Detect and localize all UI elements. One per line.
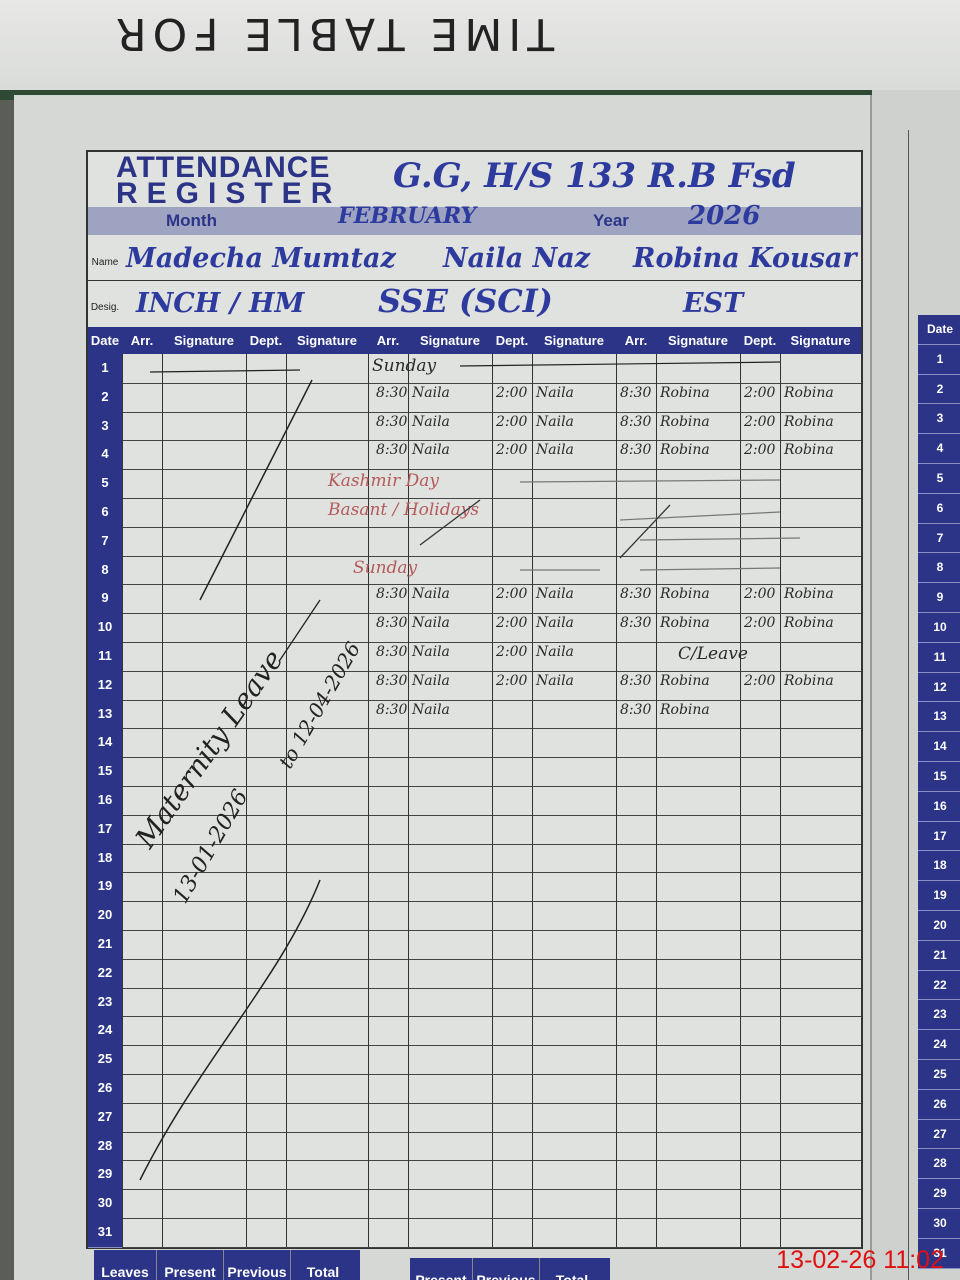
table-row: 18 bbox=[88, 844, 861, 874]
day-note: Sunday bbox=[353, 558, 417, 578]
day-note: Kashmir Day bbox=[328, 471, 439, 491]
date-cell: 31 bbox=[88, 1218, 122, 1248]
cell-n-sig2: Naila bbox=[536, 586, 574, 602]
table-row: 21 bbox=[88, 930, 861, 960]
cell-r-arr: 8:30 bbox=[620, 442, 651, 458]
name-row: Name Madecha Mumtaz Naila Naz Robina Kou… bbox=[88, 235, 861, 281]
staff-desig-1: INCH / HM bbox=[136, 288, 304, 319]
date-cell: 3 bbox=[88, 412, 122, 442]
cell-r-dep: 2:00 bbox=[744, 615, 775, 631]
table-row: 138:30Naila8:30Robina bbox=[88, 700, 861, 730]
date-cell: 26 bbox=[88, 1074, 122, 1104]
table-row: 22 bbox=[88, 959, 861, 989]
date-cell: 14 bbox=[88, 728, 122, 758]
cell-n-dep: 2:00 bbox=[496, 414, 527, 430]
table-row: 17 bbox=[88, 815, 861, 845]
date-cell: 13 bbox=[88, 700, 122, 730]
staff-name-1: Madecha Mumtaz bbox=[126, 243, 396, 274]
date-cell: 28 bbox=[88, 1132, 122, 1162]
date-cell: 10 bbox=[88, 613, 122, 643]
cell-r-sig: Robina bbox=[660, 385, 710, 401]
cell-r-dep: 2:00 bbox=[744, 673, 775, 689]
table-row: 108:30Naila2:00Naila8:30Robina2:00Robina bbox=[88, 613, 861, 643]
date-cell: 12 bbox=[88, 671, 122, 701]
school-name: G.G, H/S 133 R.B Fsd bbox=[393, 156, 796, 196]
cell-n-sig2: Naila bbox=[536, 644, 574, 660]
cell-r-sig2: Robina bbox=[784, 673, 834, 689]
cell-n-arr: 8:30 bbox=[376, 673, 407, 689]
cell-r-arr: 8:30 bbox=[620, 615, 651, 631]
year-value: 2026 bbox=[688, 201, 760, 231]
cell-n-sig2: Naila bbox=[536, 385, 574, 401]
cell-r-arr: 8:30 bbox=[620, 414, 651, 430]
table-row: 28:30Naila2:00Naila8:30Robina2:00Robina bbox=[88, 383, 861, 413]
cell-r-sig: Robina bbox=[660, 673, 710, 689]
cell-n-sig: Naila bbox=[412, 673, 450, 689]
staff-desig-3: EST bbox=[683, 288, 743, 319]
cell-n-sig: Naila bbox=[412, 702, 450, 718]
cell-r-dep: 2:00 bbox=[744, 414, 775, 430]
cell-r-arr: 8:30 bbox=[620, 673, 651, 689]
date-cell: 17 bbox=[88, 815, 122, 845]
date-cell: 27 bbox=[88, 1103, 122, 1133]
table-row: 7 bbox=[88, 527, 861, 557]
cell-n-arr: 8:30 bbox=[376, 586, 407, 602]
cell-n-sig: Naila bbox=[412, 385, 450, 401]
month-value: FEBRUARY bbox=[338, 203, 476, 229]
cell-r-sig2: Robina bbox=[784, 385, 834, 401]
cell-n-arr: 8:30 bbox=[376, 615, 407, 631]
table-row: 28 bbox=[88, 1132, 861, 1162]
upside-down-note: TIME TABLE FOR bbox=[110, 8, 554, 59]
table-row: 6Basant / Holidays bbox=[88, 498, 861, 528]
cell-r-dep: 2:00 bbox=[744, 586, 775, 602]
table-row: 38:30Naila2:00Naila8:30Robina2:00Robina bbox=[88, 412, 861, 442]
table-row: 15 bbox=[88, 757, 861, 787]
cell-n-dep: 2:00 bbox=[496, 586, 527, 602]
date-cell: 29 bbox=[88, 1160, 122, 1190]
footer-totals-1: LeavesPresentPreviousTotal bbox=[94, 1250, 360, 1280]
cell-r-sig: Robina bbox=[660, 586, 710, 602]
cell-r-arr: 8:30 bbox=[620, 702, 651, 718]
date-cell: 20 bbox=[88, 901, 122, 931]
year-label: Year bbox=[593, 211, 629, 231]
cell-n-sig: Naila bbox=[412, 414, 450, 430]
table-row: 29 bbox=[88, 1160, 861, 1190]
day-note: Basant / Holidays bbox=[328, 500, 479, 520]
table-row: 128:30Naila2:00Naila8:30Robina2:00Robina bbox=[88, 671, 861, 701]
table-row: 48:30Naila2:00Naila8:30Robina2:00Robina bbox=[88, 440, 861, 470]
cell-n-sig2: Naila bbox=[536, 442, 574, 458]
table-row: 20 bbox=[88, 901, 861, 931]
footer-totals-2: PresentPreviousTotal bbox=[410, 1258, 610, 1280]
cell-r-sig: Robina bbox=[660, 442, 710, 458]
table-row: 19 bbox=[88, 872, 861, 902]
table-row: 23 bbox=[88, 988, 861, 1018]
date-cell: 6 bbox=[88, 498, 122, 528]
cell-n-dep: 2:00 bbox=[496, 442, 527, 458]
background-paper: TIME TABLE FOR bbox=[0, 0, 960, 95]
cell-n-sig: Naila bbox=[412, 644, 450, 660]
cell-n-arr: 8:30 bbox=[376, 442, 407, 458]
designation-row: Desig. INCH / HM SSE (SCI) EST bbox=[88, 280, 861, 328]
cell-n-arr: 8:30 bbox=[376, 414, 407, 430]
table-row: 98:30Naila2:00Naila8:30Robina2:00Robina bbox=[88, 584, 861, 614]
table-row: 1Sunday bbox=[88, 354, 861, 384]
cell-n-dep: 2:00 bbox=[496, 644, 527, 660]
table-row: 8Sunday bbox=[88, 556, 861, 586]
cell-n-dep: 2:00 bbox=[496, 615, 527, 631]
cell-n-sig: Naila bbox=[412, 586, 450, 602]
cell-n-sig2: Naila bbox=[536, 414, 574, 430]
cell-r-sig2: Robina bbox=[784, 586, 834, 602]
date-cell: 5 bbox=[88, 469, 122, 499]
table-row: 31 bbox=[88, 1218, 861, 1248]
month-label: Month bbox=[166, 211, 217, 231]
date-cell: 30 bbox=[88, 1189, 122, 1219]
table-row: 25 bbox=[88, 1045, 861, 1075]
table-row: 5Kashmir Day bbox=[88, 469, 861, 499]
month-year-band: Month FEBRUARY Year 2026 bbox=[88, 207, 861, 235]
staff-name-3: Robina Kousar bbox=[633, 243, 857, 274]
cell-r-sig2: Robina bbox=[784, 442, 834, 458]
cell-n-sig2: Naila bbox=[536, 615, 574, 631]
cell-n-sig: Naila bbox=[412, 615, 450, 631]
cell-n-arr: 8:30 bbox=[376, 644, 407, 660]
cell-r-dep: 2:00 bbox=[744, 442, 775, 458]
table-row: 30 bbox=[88, 1189, 861, 1219]
day-note: Sunday bbox=[372, 356, 436, 376]
column-header-row: Date Arr. Signature Dept. Signature Arr.… bbox=[88, 327, 861, 354]
cell-r-sig2: Robina bbox=[784, 615, 834, 631]
cell-r-sig: Robina bbox=[660, 702, 710, 718]
cell-r-arr: 8:30 bbox=[620, 385, 651, 401]
date-cell: 11 bbox=[88, 642, 122, 672]
cell-n-sig: Naila bbox=[412, 442, 450, 458]
date-cell: 18 bbox=[88, 844, 122, 874]
table-row: 26 bbox=[88, 1074, 861, 1104]
cell-n-arr: 8:30 bbox=[376, 702, 407, 718]
cell-r-sig2: Robina bbox=[784, 414, 834, 430]
date-cell: 7 bbox=[88, 527, 122, 557]
date-cell: 2 bbox=[88, 383, 122, 413]
cell-n-dep: 2:00 bbox=[496, 673, 527, 689]
date-cell: 24 bbox=[88, 1016, 122, 1046]
date-cell: 4 bbox=[88, 440, 122, 470]
cell-r-arr: 8:30 bbox=[620, 586, 651, 602]
date-cell: 19 bbox=[88, 872, 122, 902]
table-row: 24 bbox=[88, 1016, 861, 1046]
table-row: 27 bbox=[88, 1103, 861, 1133]
table-row: 118:30Naila2:00NailaC/Leave bbox=[88, 642, 861, 672]
cell-n-dep: 2:00 bbox=[496, 385, 527, 401]
date-cell: 21 bbox=[88, 930, 122, 960]
cell-n-sig2: Naila bbox=[536, 673, 574, 689]
cell-n-arr: 8:30 bbox=[376, 385, 407, 401]
staff-desig-2: SSE (SCI) bbox=[378, 282, 553, 320]
date-cell: 1 bbox=[88, 354, 122, 384]
date-cell: 15 bbox=[88, 757, 122, 787]
date-cell: 25 bbox=[88, 1045, 122, 1075]
date-cell: 16 bbox=[88, 786, 122, 816]
leave-note: C/Leave bbox=[678, 644, 748, 664]
staff-name-2: Naila Naz bbox=[443, 243, 590, 274]
date-cell: 8 bbox=[88, 556, 122, 586]
date-cell: 9 bbox=[88, 584, 122, 614]
date-cell: 22 bbox=[88, 959, 122, 989]
cell-r-sig: Robina bbox=[660, 414, 710, 430]
cell-r-sig: Robina bbox=[660, 615, 710, 631]
attendance-sheet: ATTENDANCE REGISTER G.G, H/S 133 R.B Fsd… bbox=[86, 150, 863, 1249]
next-page-date-column: Date123456789101112131415161718192021222… bbox=[918, 315, 960, 1269]
next-page-edge: Date123456789101112131415161718192021222… bbox=[872, 90, 960, 1280]
date-cell: 23 bbox=[88, 988, 122, 1018]
table-row: 14 bbox=[88, 728, 861, 758]
register-title: ATTENDANCE REGISTER bbox=[116, 155, 341, 207]
cell-r-dep: 2:00 bbox=[744, 385, 775, 401]
photo-timestamp: 13-02-26 11:02 bbox=[776, 1246, 944, 1275]
table-row: 16 bbox=[88, 786, 861, 816]
